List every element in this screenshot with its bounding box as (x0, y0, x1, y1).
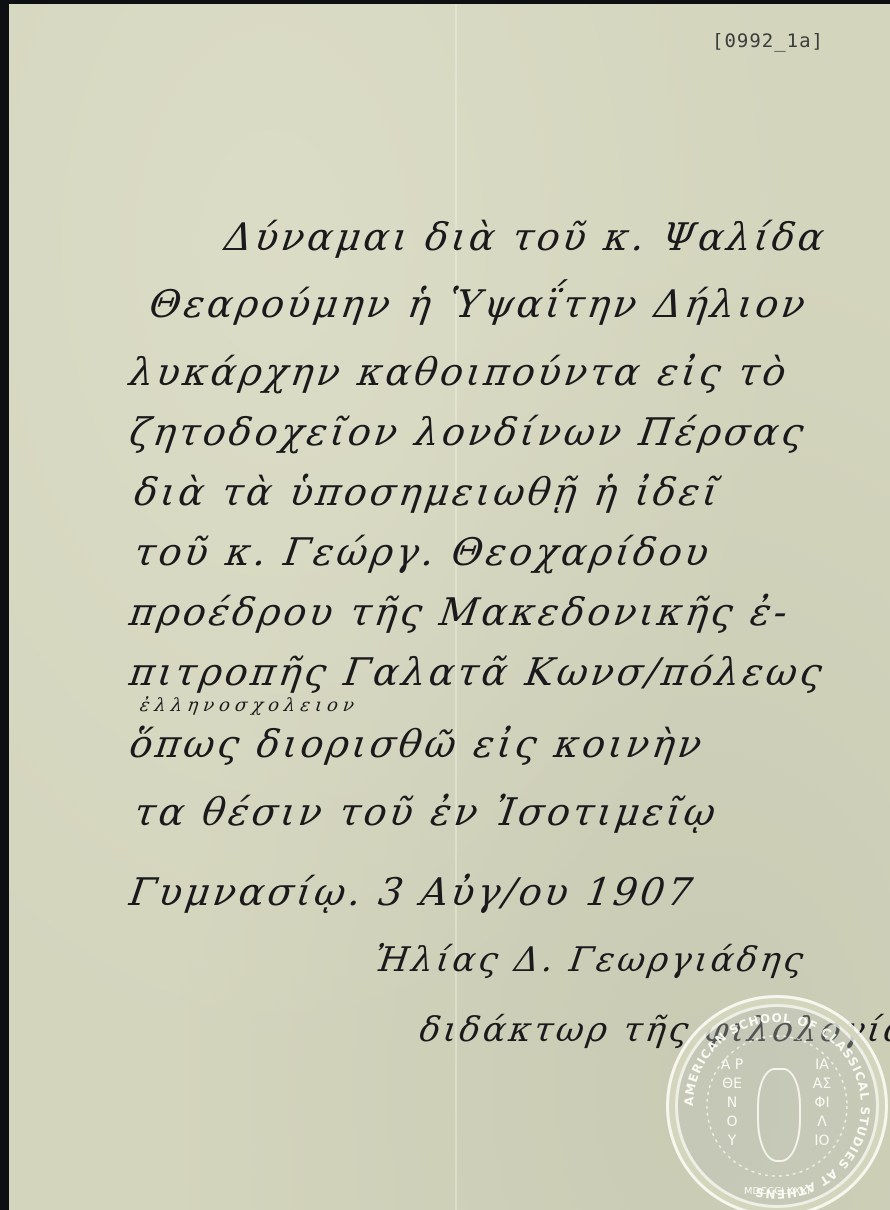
svg-text:MDCCCLXXXI: MDCCCLXXXI (744, 1186, 810, 1197)
letter-line-2: Θεαρούμην ἡ Ὑψαΐτην Δήλιον (147, 282, 811, 326)
letter-line-7: προέδρου τῆς Μακεδονικῆς ἐ- (127, 590, 793, 634)
letter-line-1: Δύναμαι διὰ τοῦ κ. Ψαλίδα (222, 215, 830, 259)
letter-line-8: πιτροπῆς Γαλατᾶ Κωνσ/πόλεως (127, 650, 828, 694)
seal-left-letters: Α Ρ ΘΕ Ν Ο Υ (715, 1056, 749, 1151)
letter-line-9: ὅπως διορισθῶ εἰς κοινὴν (127, 722, 707, 766)
seal-right-letters: ΙΑ ΑΣ ΦΙ Λ ΙΟ (805, 1056, 839, 1151)
amphora-icon (757, 1068, 801, 1162)
institution-seal: AMERICAN SCHOOL OF CLASSICAL STUDIES AT … (666, 995, 888, 1210)
letter-line-5: διὰ τὰ ὑποσημειωθῇ ἡ ἰδεῖ (132, 470, 724, 514)
interlinear-note: ἐλληνοσχολειον (139, 695, 361, 716)
letter-line-11-date: Γυμνασίῳ. 3 Αὐγ/ου 1907 (127, 870, 698, 914)
signature-name: Ἠλίας Δ. Γεωργιάδης (372, 940, 808, 980)
letter-line-3: λυκάρχην καθοιπούντα εἰς τὸ (127, 350, 792, 394)
letter-line-6: τοῦ κ. Γεώργ. Θεοχαρίδου (132, 530, 715, 574)
archive-reference-label: [0992_1a] (712, 30, 824, 52)
letter-line-10: τα θέσιν τοῦ ἐν Ἰσοτιμεῖῳ (132, 790, 721, 834)
letter-line-4: ζητοδοχεῖον λονδίνων Πέρσας (127, 410, 809, 454)
